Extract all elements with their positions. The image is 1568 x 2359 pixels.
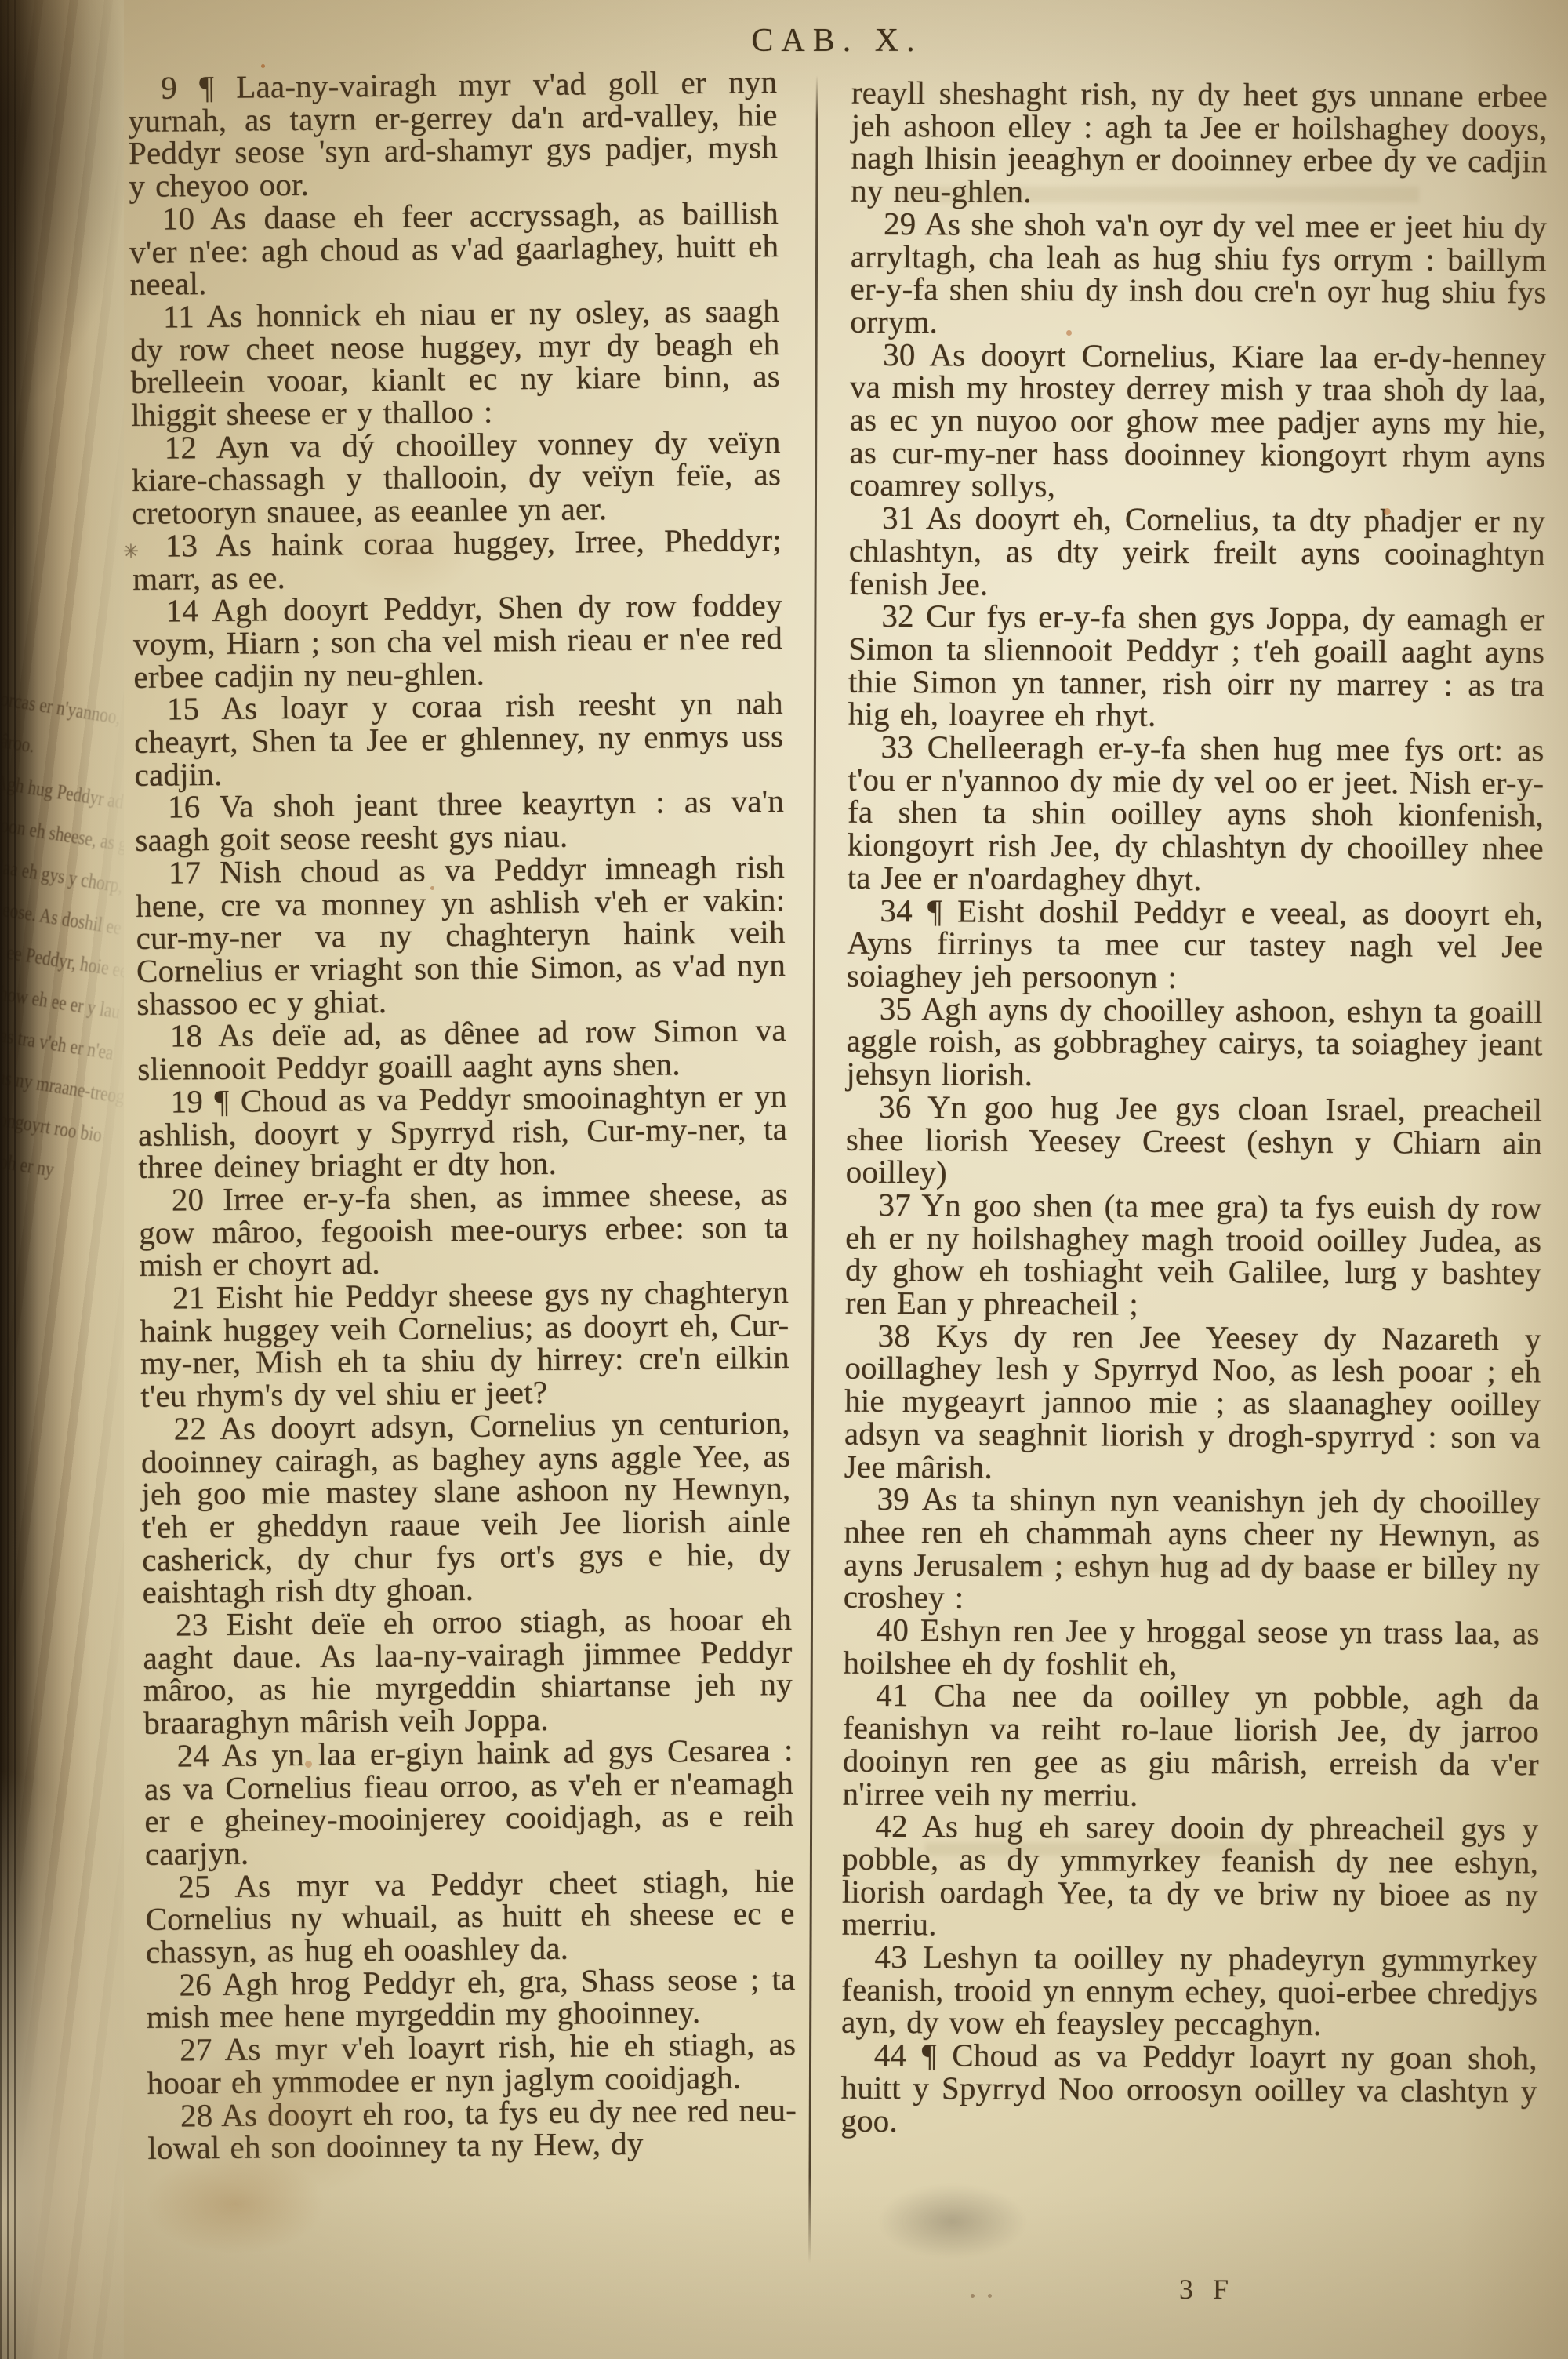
verse-12: 12 Ayn va dý chooilley vonney dy veïyn k… — [131, 426, 781, 530]
verse-number: 44 — [874, 2037, 907, 2073]
verse-21: 21 Eisht hie Peddyr sheese gys ny chaght… — [140, 1276, 790, 1413]
verse-number: 32 — [881, 598, 914, 634]
pilcrow-mark: ¶ — [214, 1083, 229, 1119]
verse-number: 20 — [172, 1181, 205, 1217]
verse-23: 23 Eisht deïe eh orroo stiagh, as hooar … — [143, 1603, 793, 1740]
text-column-left: 9 ¶ Laa-ny-vairagh myr v'ad goll er nyn … — [128, 66, 797, 2165]
verse-text: As daase eh feer accryssagh, as baillish… — [129, 194, 779, 302]
verse-number: 29 — [884, 205, 916, 242]
book-gutter: Dorcas er n'yannoo, choud as vmâroo.40 A… — [0, 0, 124, 2359]
verse-number: 28 — [180, 2097, 213, 2133]
verse-11: 11 As honnick eh niau er ny osley, as sa… — [130, 295, 781, 432]
verse-number: 43 — [874, 1939, 907, 1975]
verse-text: Nish choud as va Peddyr imneagh rish hen… — [136, 849, 786, 1022]
verse-number: 25 — [178, 1868, 211, 1904]
pen-mark: ✳ — [123, 536, 140, 569]
verse-text: As myr v'eh loayrt rish, hie eh stiagh, … — [147, 2026, 796, 2101]
text-column-right: reayll sheshaght rish, ny dy heet gys un… — [840, 77, 1548, 2141]
verse-number: 21 — [172, 1279, 205, 1315]
verse-30: 30 As dooyrt Cornelius, Kiare laa er-dy-… — [849, 338, 1546, 505]
verse-text: As myr va Peddyr cheet stiagh, hie Corne… — [145, 1863, 794, 1970]
column-divider-rule — [808, 75, 818, 2263]
verse-text: As haink coraa huggey, Irree, Pheddyr; m… — [132, 522, 782, 597]
gutter-spine-shadow — [0, 0, 124, 2359]
verse-number: 35 — [880, 990, 913, 1027]
printer-signature-mark: 3 F — [1179, 2273, 1235, 2306]
verse-36: 36 Yn goo hug Jee gys cloan Israel, prea… — [846, 1090, 1543, 1192]
verse-text: reayll sheshaght rish, ny dy heet gys un… — [851, 75, 1548, 209]
pilcrow-mark: ¶ — [927, 892, 942, 929]
verse-40: 40 Eshyn ren Jee y hroggal seose yn tras… — [843, 1614, 1539, 1683]
verse-42: 42 As hug eh sarey dooin dy phreacheil g… — [842, 1810, 1539, 1944]
verse-39: 39 As ta shinyn nyn veanishyn jeh dy cho… — [844, 1483, 1541, 1617]
verse-15: 15 As loayr y coraa rish reesht yn nah c… — [134, 687, 784, 791]
verse-number: 9 — [161, 69, 177, 105]
verse-text: Va shoh jeant three keayrtyn : as va'n s… — [135, 783, 784, 858]
verse-text: As dooyrt eh roo, ta fys eu dy nee red n… — [147, 2092, 797, 2167]
verse-continuation: reayll sheshaght rish, ny dy heet gys un… — [851, 77, 1548, 211]
verse-number: 14 — [165, 592, 198, 628]
verse-text: As dooyrt Cornelius, Kiare laa er-dy-hen… — [849, 336, 1546, 504]
verse-number: 36 — [879, 1089, 912, 1125]
verse-28: 28 As dooyrt eh roo, ta fys eu dy nee re… — [147, 2094, 797, 2165]
verse-number: 30 — [883, 336, 916, 373]
verse-number: 38 — [877, 1318, 910, 1354]
verse-number: 41 — [876, 1677, 909, 1713]
verse-number: 18 — [170, 1018, 203, 1054]
verse-number: 40 — [877, 1612, 909, 1648]
verse-number: 13 — [165, 527, 198, 563]
verse-text: As dooyrt adsyn, Cornelius yn centurion,… — [141, 1405, 792, 1610]
verse-27: 27 As myr v'eh loayrt rish, hie eh stiag… — [147, 2028, 797, 2099]
verse-text: Eisht deïe eh orroo stiagh, as hooar eh … — [143, 1601, 793, 1741]
verse-14: 14 Agh dooyrt Peddyr, Shen dy row foddey… — [132, 589, 782, 693]
verse-38: 38 Kys dy ren Jee Yeesey dy Nazareth y o… — [844, 1319, 1541, 1486]
verse-16: 16 Va shoh jeant three keayrtyn : as va'… — [135, 785, 785, 856]
verse-text: As hug eh sarey dooin dy phreacheil gys … — [842, 1808, 1539, 1942]
verse-text: Agh ayns dy chooilley ashoon, eshyn ta g… — [846, 990, 1543, 1092]
verse-18: 18 As deïe ad, as dênee ad row Simon va … — [137, 1014, 787, 1085]
pilcrow-mark: ¶ — [199, 69, 214, 105]
foxing-spots — [261, 64, 265, 68]
verse-number: 23 — [176, 1606, 209, 1642]
verse-number: 10 — [162, 200, 195, 236]
verse-number: 27 — [180, 2031, 212, 2067]
verse-number: 42 — [875, 1808, 908, 1844]
verse-text: Choud as va Peddyr loayrt ny goan shoh, … — [840, 2037, 1537, 2139]
verse-number: 19 — [170, 1083, 203, 1119]
verse-number: 17 — [169, 854, 201, 890]
verse-text: Irree er-y-fa shen, as immee sheese, as … — [139, 1176, 788, 1283]
verse-text: Choud as va Peddyr smooinaghtyn er yn as… — [138, 1078, 787, 1185]
verse-9: 9 ¶ Laa-ny-vairagh myr v'ad goll er nyn … — [128, 66, 779, 203]
verse-text: As dooyrt eh, Cornelius, ta dty phadjer … — [849, 500, 1546, 602]
verse-29: 29 As she shoh va'n oyr dy vel mee er je… — [850, 207, 1547, 341]
verse-number: 31 — [882, 500, 915, 536]
ink-smudge — [878, 2184, 1027, 2259]
verse-text: Ayn va dý chooilley vonney dy veïyn kiar… — [132, 423, 781, 531]
verse-number: 16 — [168, 789, 201, 825]
verse-43: 43 Leshyn ta ooilley ny phadeyryn gymmyr… — [841, 1941, 1538, 2043]
verse-text: Chelleeragh er-y-fa shen hug mee fys ort… — [848, 729, 1544, 897]
verse-19: 19 ¶ Choud as va Peddyr smooinaghtyn er … — [137, 1080, 787, 1184]
verse-text: As honnick eh niau er ny osley, as saagh… — [130, 293, 780, 433]
verse-41: 41 Cha nee da ooilley yn pobble, agh da … — [842, 1679, 1539, 1813]
verse-text: Kys dy ren Jee Yeesey dy Nazareth y ooil… — [844, 1318, 1541, 1485]
verse-text: As ta shinyn nyn veanishyn jeh dy chooil… — [844, 1481, 1541, 1615]
verse-text: Laa-ny-vairagh myr v'ad goll er nyn yurn… — [128, 64, 778, 204]
scanned-bible-page: Dorcas er n'yannoo, choud as vmâroo.40 A… — [0, 0, 1568, 2359]
verse-44: 44 ¶ Choud as va Peddyr loayrt ny goan s… — [840, 2039, 1537, 2141]
chapter-heading: CAB. X. — [125, 22, 1548, 60]
verse-text: Yn goo shen (ta mee gra) ta fys euish dy… — [845, 1187, 1542, 1322]
verse-10: 10 As daase eh feer accryssagh, as baill… — [129, 197, 779, 301]
verse-text: As deïe ad, as dênee ad row Simon va sli… — [137, 1012, 786, 1087]
verse-text: As she shoh va'n oyr dy vel mee er jeet … — [850, 205, 1547, 340]
verse-number: 22 — [173, 1410, 206, 1446]
verse-text: Agh hrog Peddyr eh, gra, Shass seose ; t… — [147, 1961, 796, 2036]
verse-number: 34 — [880, 892, 913, 928]
verse-text: As loayr y coraa rish reesht yn nah chea… — [134, 685, 783, 792]
verse-number: 11 — [163, 298, 194, 334]
verse-number: 26 — [179, 1966, 212, 2002]
verse-text: Cha nee da ooilley yn pobble, agh da fea… — [842, 1677, 1539, 1812]
paper-stain — [145, 2153, 325, 2255]
verse-13: ✳13 As haink coraa huggey, Irree, Pheddy… — [132, 524, 782, 595]
verse-31: 31 As dooyrt eh, Cornelius, ta dty phadj… — [849, 502, 1546, 604]
pilcrow-mark: ¶ — [922, 2037, 937, 2073]
verse-text: Yn goo hug Jee gys cloan Israel, preache… — [846, 1089, 1543, 1190]
verse-35: 35 Agh ayns dy chooilley ashoon, eshyn t… — [846, 992, 1543, 1094]
verse-number: 12 — [164, 429, 197, 465]
verse-33: 33 Chelleeragh er-y-fa shen hug mee fys … — [848, 731, 1544, 898]
verse-25: 25 As myr va Peddyr cheet stiagh, hie Co… — [145, 1865, 795, 1969]
verse-number: 33 — [880, 729, 913, 765]
verse-text: Agh dooyrt Peddyr, Shen dy row foddey vo… — [133, 587, 782, 694]
verse-22: 22 As dooyrt adsyn, Cornelius yn centuri… — [140, 1407, 791, 1609]
verse-20: 20 Irree er-y-fa shen, as immee sheese, … — [139, 1178, 789, 1282]
verse-text: Eshyn ren Jee y hroggal seose yn trass l… — [843, 1612, 1539, 1681]
verse-text: As yn laa er-giyn haink ad gys Cesarea :… — [144, 1732, 794, 1872]
verse-26: 26 Agh hrog Peddyr eh, gra, Shass seose … — [146, 1963, 796, 2034]
verse-24: 24 As yn laa er-giyn haink ad gys Cesare… — [143, 1734, 794, 1871]
verse-34: 34 ¶ Eisht doshil Peddyr e veeal, as doo… — [847, 894, 1544, 996]
verse-32: 32 Cur fys er-y-fa shen gys Joppa, dy ea… — [848, 600, 1545, 734]
verse-number: 37 — [878, 1187, 911, 1223]
verse-number: 15 — [167, 690, 200, 726]
verse-number: 39 — [877, 1481, 909, 1517]
verse-37: 37 Yn goo shen (ta mee gra) ta fys euish… — [845, 1189, 1542, 1323]
verse-text: Cur fys er-y-fa shen gys Joppa, dy eamag… — [848, 598, 1545, 733]
verse-17: 17 Nish choud as va Peddyr imneagh rish … — [136, 851, 786, 1020]
verse-text: Leshyn ta ooilley ny phadeyryn gymmyrkey… — [841, 1939, 1538, 2042]
verse-text: Eisht hie Peddyr sheese gys ny chaghtery… — [140, 1274, 789, 1414]
verse-number: 24 — [176, 1737, 209, 1773]
verse-text: Eisht doshil Peddyr e veeal, as dooyrt e… — [847, 892, 1544, 995]
